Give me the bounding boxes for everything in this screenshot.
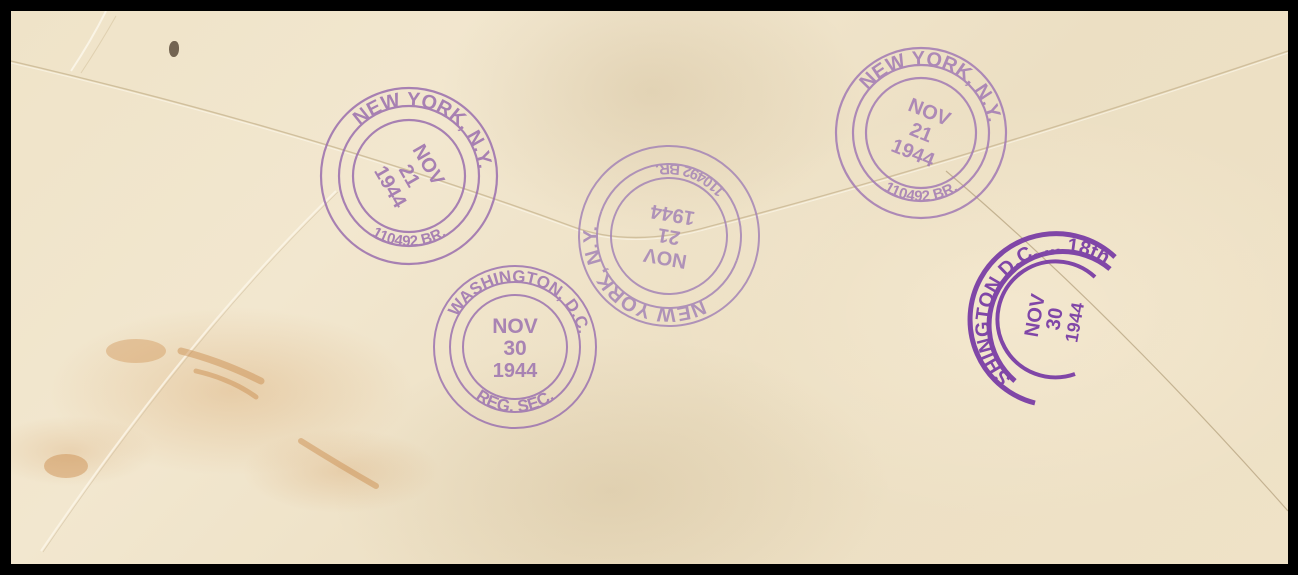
postmark-year: 1944 — [648, 199, 697, 229]
postmark-branch: 110492 BR. — [881, 179, 960, 205]
postmark-branch: 110492 BR. — [649, 151, 732, 203]
black-frame: NEW YORK, N.Y. 110492 BR. NOV 21 1944 NE… — [0, 0, 1298, 575]
postmark-day: 30 — [503, 337, 526, 360]
postmark-section: REG. SEC. — [473, 386, 558, 416]
postmark-year: 1944 — [493, 360, 538, 382]
svg-text:110492 BR.: 110492 BR. — [369, 224, 448, 250]
postmark-washington-dark: WASHINGTON D.C. ... 18th ST. NOV 30 1944 — [962, 226, 1148, 412]
postmark-month: NOV — [492, 315, 538, 338]
postmark-year: 1944 — [1061, 301, 1088, 344]
svg-text:110492 BR.: 110492 BR. — [649, 151, 732, 203]
envelope-back: NEW YORK, N.Y. 110492 BR. NOV 21 1944 NE… — [11, 11, 1288, 564]
postmark-washington-reg-sec: WASHINGTON, D.C. REG. SEC. NOV 30 1944 — [430, 262, 600, 432]
postmark-branch: 110492 BR. — [369, 224, 448, 250]
svg-text:REG. SEC.: REG. SEC. — [473, 386, 558, 416]
postmark-new-york-2: NEW YORK, N.Y. 110492 BR. NOV 21 1944 — [832, 44, 1010, 222]
postmark-new-york-1: NEW YORK, N.Y. 110492 BR. NOV 21 1944 — [317, 84, 501, 268]
svg-text:110492 BR.: 110492 BR. — [881, 179, 960, 205]
postmark-new-york-3-inverted: NEW YORK, N.Y. 110492 BR. NOV 21 1944 — [575, 142, 763, 330]
